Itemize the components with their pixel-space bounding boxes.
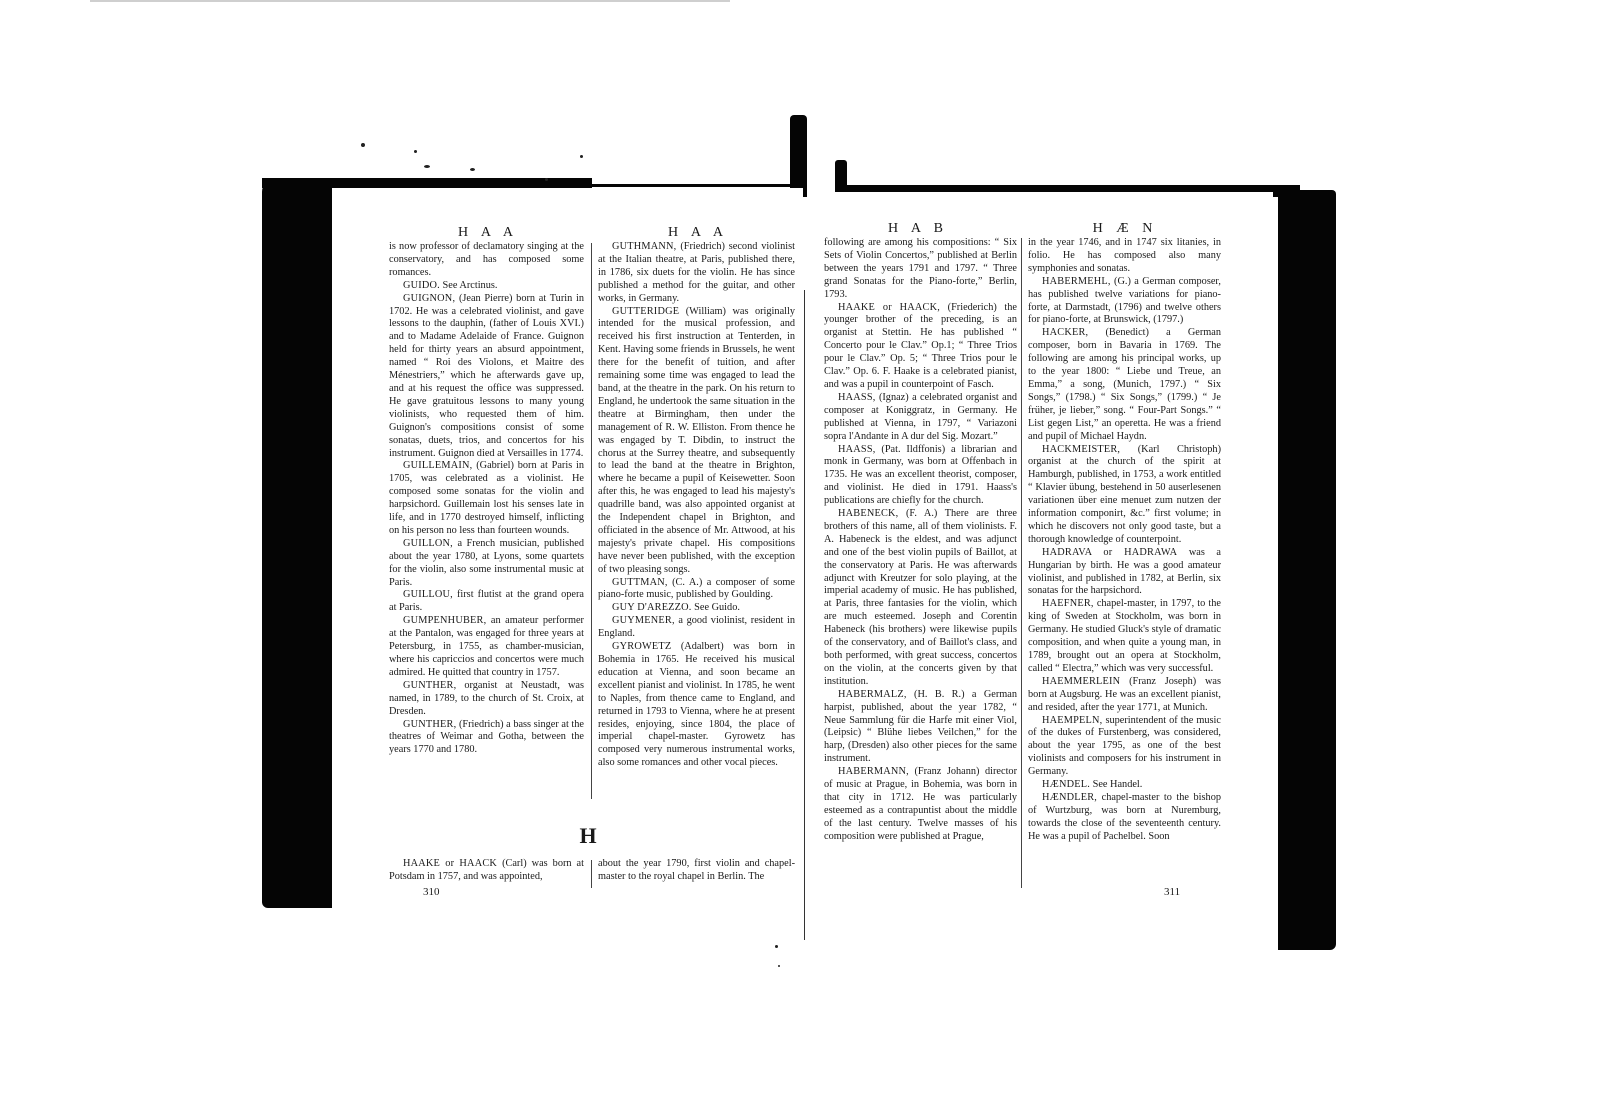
entry-headword: GUIGNON, — [403, 293, 455, 304]
entry-headword: GUTTERIDGE — [612, 306, 679, 317]
left-page-column-1: is now professor of declamatory singing … — [389, 241, 584, 757]
dictionary-entry: GUNTHER, organist at Neustadt, was named… — [389, 680, 584, 719]
dust-speck — [545, 178, 548, 181]
entry-headword: HÆNDEL. — [1042, 779, 1090, 790]
dictionary-entry: GUTTERIDGE (William) was originally inte… — [598, 306, 795, 577]
entry-headword: GYROWETZ — [612, 641, 671, 652]
entry-text: is now professor of declamatory singing … — [389, 241, 584, 278]
dictionary-entry: HABENECK, (F. A.) There are three brothe… — [824, 508, 1017, 689]
dictionary-entry: GYROWETZ (Adalbert) was born in Bohemia … — [598, 641, 795, 770]
dictionary-entry: GUNTHER, (Friedrich) a bass singer at th… — [389, 719, 584, 758]
entry-continuation: about the year 1790, first violin and ch… — [598, 858, 795, 884]
dictionary-entry: GUYMENER, a good violinist, resident in … — [598, 615, 795, 641]
left-top-edge-thin — [590, 184, 790, 187]
section-column-1: HAAKE or HAACK (Carl) was born at Potsda… — [389, 858, 584, 884]
page-number-left: 310 — [423, 886, 440, 898]
entry-text: (Friederich) the younger brother of the … — [824, 302, 1017, 390]
dictionary-entry: GUILLEMAIN, (Gabriel) born at Paris in 1… — [389, 460, 584, 537]
dictionary-entry: GUMPENHUBER, an amateur performer at the… — [389, 615, 584, 680]
running-head-right-col1: H A B — [818, 221, 1018, 237]
entry-headword: GUY D'AREZZO. — [612, 602, 692, 613]
entry-headword: HAASS, — [838, 392, 876, 403]
spine-line — [804, 290, 805, 940]
dictionary-entry: HAAKE or HAACK (Carl) was born at Potsda… — [389, 858, 584, 884]
entry-text: following are among his compositions: “ … — [824, 237, 1017, 300]
dictionary-entry: GUY D'AREZZO. See Guido. — [598, 602, 795, 615]
column-rule-right-page — [1021, 238, 1022, 888]
entry-headword: HAASS, — [838, 444, 876, 455]
running-head-left-col2: H A A — [598, 225, 798, 241]
entry-headword: HAEMMERLEIN — [1042, 676, 1120, 687]
entry-headword: GUTTMAN, — [612, 577, 668, 588]
entry-headword: GUTHMANN, — [612, 241, 676, 252]
entry-text: (Jean Pierre) born at Turin in 1702. He … — [389, 293, 584, 459]
dust-speck — [778, 965, 780, 967]
entry-headword: HABERMANN, — [838, 766, 909, 777]
entry-headword: GUNTHER, — [403, 719, 456, 730]
entry-headword: GUILLOU, — [403, 589, 453, 600]
dictionary-entry: HABERMANN, (Franz Johann) director of mu… — [824, 766, 1017, 843]
dictionary-entry: HAEMPELN, superintendent of the music of… — [1028, 715, 1221, 780]
entry-headword: HAEFNER, — [1042, 598, 1094, 609]
entry-headword: HABERMALZ, — [838, 689, 907, 700]
entry-headword: GUILLON, — [403, 538, 453, 549]
entry-headword: HABERMEHL, — [1042, 276, 1111, 287]
entry-text: (Franz Johann) director of music at Prag… — [824, 766, 1017, 842]
dust-speck — [414, 150, 417, 153]
right-page-column-1: following are among his compositions: “ … — [824, 237, 1017, 844]
entry-continuation: is now professor of declamatory singing … — [389, 241, 584, 280]
dictionary-entry: HACKMEISTER, (Karl Christoph) organist a… — [1028, 444, 1221, 547]
entry-text: See Arctinus. — [443, 280, 498, 291]
center-spine-blob-left — [790, 115, 807, 197]
entry-headword: GUNTHER, — [403, 680, 456, 691]
dictionary-entry: HAEMMERLEIN (Franz Joseph) was born at A… — [1028, 676, 1221, 715]
entry-headword: HAEMPELN, — [1042, 715, 1102, 726]
entry-continuation: in the year 1746, and in 1747 six litani… — [1028, 237, 1221, 276]
dictionary-entry: HAEFNER, chapel-master, in 1797, to the … — [1028, 598, 1221, 675]
dictionary-entry: GUILLOU, first flutist at the grand oper… — [389, 589, 584, 615]
dictionary-entry: HÆNDEL. See Handel. — [1028, 779, 1221, 792]
dust-speck — [424, 165, 430, 168]
entry-headword: GUILLEMAIN, — [403, 460, 472, 471]
right-page-column-2: in the year 1746, and in 1747 six litani… — [1028, 237, 1221, 844]
page-number-right: 311 — [1164, 886, 1180, 898]
entry-headword: GUMPENHUBER, — [403, 615, 486, 626]
section-column-rule — [591, 860, 592, 888]
dictionary-entry: HABERMALZ, (H. B. R.) a German harpist, … — [824, 689, 1017, 766]
entry-text: (H. B. R.) a German harpist, published, … — [824, 689, 1017, 765]
dictionary-entry: GUIDO. See Arctinus. — [389, 280, 584, 293]
section-column-2: about the year 1790, first violin and ch… — [598, 858, 795, 884]
scan-edge-line — [90, 0, 730, 2]
entry-headword: HADRAVA or HADRAWA — [1042, 547, 1177, 558]
section-letter: H — [558, 823, 618, 849]
dictionary-entry: GUTTMAN, (C. A.) a composer of some pian… — [598, 577, 795, 603]
dictionary-entry: HADRAVA or HADRAWA was a Hungarian by bi… — [1028, 547, 1221, 599]
dust-speck — [361, 143, 365, 147]
entry-text: (F. A.) There are three brothers of this… — [824, 508, 1017, 687]
entry-text: (William) was originally intended for th… — [598, 306, 795, 575]
dictionary-entry: HABERMEHL, (G.) a German composer, has p… — [1028, 276, 1221, 328]
entry-headword: HABENECK, — [838, 508, 898, 519]
dictionary-entry: HÆNDLER, chapel-master to the bishop of … — [1028, 792, 1221, 844]
entry-headword: HAAKE or HAACK, — [838, 302, 940, 313]
entry-headword: HAAKE or HAACK — [403, 858, 497, 869]
entry-text: (Gabriel) born at Paris in 1705, was cel… — [389, 460, 584, 536]
left-page-column-2: GUTHMANN, (Friedrich) second violinist a… — [598, 241, 795, 770]
entry-text: in the year 1746, and in 1747 six litani… — [1028, 237, 1221, 274]
entry-text: chapel-master, in 1797, to the king of S… — [1028, 598, 1221, 674]
entry-headword: GUIDO. — [403, 280, 440, 291]
dictionary-entry: HACKER, (Benedict) a German composer, bo… — [1028, 327, 1221, 443]
dictionary-entry: GUIGNON, (Jean Pierre) born at Turin in … — [389, 293, 584, 461]
dictionary-entry: HAASS, (Pat. Ildffonis) a librarian and … — [824, 444, 1017, 509]
running-head-right-col2: H Æ N — [1025, 221, 1225, 237]
dictionary-entry: GUILLON, a French musician, published ab… — [389, 538, 584, 590]
entry-headword: HACKMEISTER, — [1042, 444, 1120, 455]
dictionary-entry: HAASS, (Ignaz) a celebrated organist and… — [824, 392, 1017, 444]
running-head-left-col1: H A A — [388, 225, 588, 241]
entry-text: about the year 1790, first violin and ch… — [598, 858, 795, 882]
column-rule-left-page — [591, 243, 592, 799]
dictionary-entry: HAAKE or HAACK, (Friederich) the younger… — [824, 302, 1017, 392]
entry-text: See Guido. — [694, 602, 740, 613]
dust-speck — [470, 168, 475, 171]
entry-continuation: following are among his compositions: “ … — [824, 237, 1017, 302]
entry-headword: HACKER, — [1042, 327, 1088, 338]
entry-headword: HÆNDLER, — [1042, 792, 1097, 803]
dust-speck — [775, 945, 778, 948]
entry-text: (Benedict) a German composer, born in Ba… — [1028, 327, 1221, 441]
entry-text: (Karl Christoph) organist at the church … — [1028, 444, 1221, 545]
left-book-edge-shadow — [262, 178, 332, 908]
dictionary-entry: GUTHMANN, (Friedrich) second violinist a… — [598, 241, 795, 306]
left-top-edge-shadow — [262, 178, 592, 188]
entry-text: See Handel. — [1093, 779, 1143, 790]
dust-speck — [580, 155, 583, 158]
entry-text: (Adalbert) was born in Bohemia in 1765. … — [598, 641, 795, 768]
entry-headword: GUYMENER, — [612, 615, 675, 626]
right-book-edge-shadow — [1278, 190, 1336, 950]
